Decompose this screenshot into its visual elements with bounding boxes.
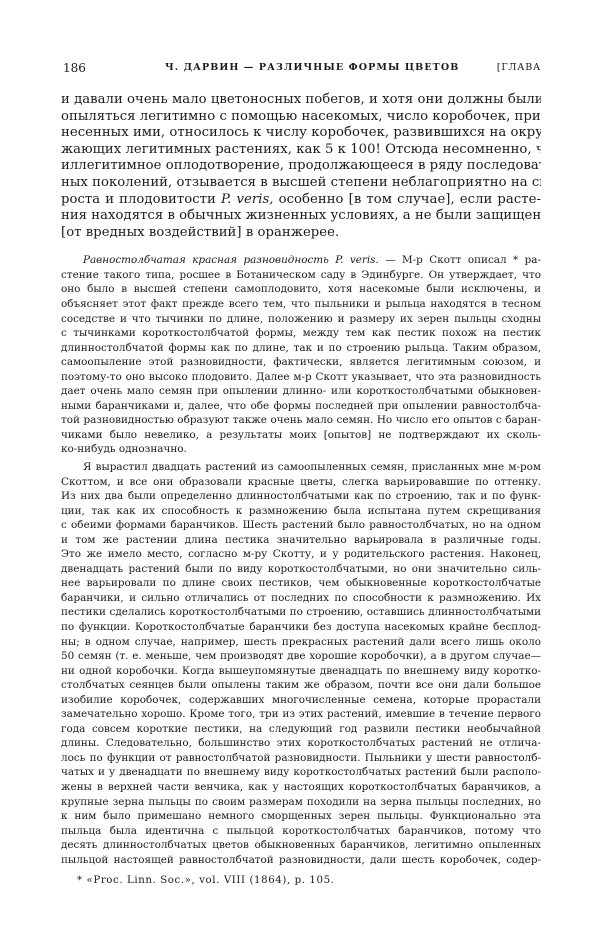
text-line: несенных ими, относилось к числу коробоч…	[61, 125, 541, 142]
running-head: 186 Ч. ДАРВИН — РАЗЛИЧНЫЕ ФОРМЫ ЦВЕТОВ […	[61, 60, 541, 76]
text-line: с обеими формами баранчиков. Шесть расте…	[61, 518, 541, 533]
text-line: ни одной коробочки. Когда вышеупомянутые…	[61, 664, 541, 679]
text-line: и том же растении длина пестика значител…	[61, 533, 541, 548]
text-line: длины. Следовательно, большинство этих к…	[61, 736, 541, 751]
text-line: той разновидностью образуют также очень …	[61, 413, 541, 428]
text-line: ными баранчиками и, далее, что обе формы…	[61, 399, 541, 414]
text-line: и давали очень мало цветоносных побегов,…	[61, 92, 541, 109]
text-line: опыляться легитимно с помощью насекомых,…	[61, 109, 541, 126]
chapter-marker: [ГЛАВА	[497, 60, 541, 76]
text-line: пыльца была идентична с пыльцой короткос…	[61, 824, 541, 839]
text-line: двенадцать растений были по виду коротко…	[61, 562, 541, 577]
text-line: иллегитимное оплодотворение, продолжающе…	[61, 158, 541, 175]
text-line: [от вредных воздействий] в оранжерее.	[61, 225, 541, 242]
text-line: ции, так как их способность к размножени…	[61, 504, 541, 519]
section-heading: Равностолбчатая красная разновидность P.…	[83, 254, 379, 266]
text-line: изобилие коробочек, содержавших многочис…	[61, 693, 541, 708]
text-fragment: — М-р Скотт описал * ра-	[379, 254, 541, 266]
text-line: десять длинностолбчатых цветов обыкновен…	[61, 838, 541, 853]
text-line: чиками было невелико, а результаты моих …	[61, 428, 541, 443]
text-fragment: роста и плодовитости	[61, 192, 221, 207]
text-line: жающих легитимных растениях, как 5 к 100…	[61, 142, 541, 159]
text-line: года совсем короткие пестики, на следующ…	[61, 722, 541, 737]
paragraph-experiments: Я вырастил двадцать растений из самоопыл…	[61, 460, 541, 867]
text-line: с тычинками короткостолбчатой формы, меж…	[61, 326, 541, 341]
text-line: к ним было примешано немного сморщенных …	[61, 809, 541, 824]
text-line: нее варьировали по длине своих пестиков,…	[61, 576, 541, 591]
text-line: Из них два были определенно длинностолбч…	[61, 489, 541, 504]
text-line: длинностолбчатой формы как по длине, так…	[61, 341, 541, 356]
text-line: объясняет этот факт прежде всего тем, чт…	[61, 297, 541, 312]
text-line: баранчики, и сильно отличались от послед…	[61, 591, 541, 606]
text-line: поэтому-то оно высоко плодовито. Далее м…	[61, 370, 541, 385]
text-line: пестики сделались короткостолбчатыми по …	[61, 605, 541, 620]
text-line: по функции. Короткостолбчатые баранчики …	[61, 620, 541, 635]
text-line-with-species: роста и плодовитости P. veris, особенно …	[61, 192, 541, 209]
book-page: 186 Ч. ДАРВИН — РАЗЛИЧНЫЕ ФОРМЫ ЦВЕТОВ […	[61, 60, 541, 888]
section-equistyled-variety: Равностолбчатая красная разновидность P.…	[61, 253, 541, 457]
text-line: ных поколений, отзывается в высшей степе…	[61, 175, 541, 192]
text-line: крупные зерна пыльцы по своим размерам п…	[61, 795, 541, 810]
text-line: стение такого типа, росшее в Ботаническо…	[61, 268, 541, 283]
text-line: замечательно хорошо. Кроме того, три из …	[61, 707, 541, 722]
text-line: пыльцой настоящей равностолбчатой разнов…	[61, 853, 541, 868]
footnote: * «Proc. Linn. Soc.», vol. VIII (1864), …	[61, 874, 541, 888]
text-fragment: особенно [в том случае], если расте-	[274, 192, 541, 207]
text-line: 50 семян (т. е. меньше, чем производят д…	[61, 649, 541, 664]
text-line: оно было в высшей степени самоплодовито,…	[61, 282, 541, 297]
text-line: дает очень мало семян при опылении длинн…	[61, 384, 541, 399]
text-line: Это же имело место, согласно м-ру Скотту…	[61, 547, 541, 562]
text-line: ны; в одном случае, например, шесть прек…	[61, 635, 541, 650]
text-line: столбчатых сеянцев были опылены таким же…	[61, 678, 541, 693]
running-title: Ч. ДАРВИН — РАЗЛИЧНЫЕ ФОРМЫ ЦВЕТОВ	[165, 60, 459, 76]
text-line: самоопыление этой разновидности, фактиче…	[61, 355, 541, 370]
text-line: ко-нибудь однозначно.	[61, 442, 541, 457]
text-line: лось по функции от равностолбчатой разно…	[61, 751, 541, 766]
text-line: соседстве и что тычинки по длине, положе…	[61, 312, 541, 327]
species-name: P. veris,	[221, 192, 274, 207]
text-line: Скоттом, и все они образовали красные цв…	[61, 475, 541, 490]
section-heading-line: Равностолбчатая красная разновидность P.…	[61, 253, 541, 268]
text-line: ния находятся в обычных жизненных услови…	[61, 208, 541, 225]
text-line: жены в верхней части венчика, как у наст…	[61, 780, 541, 795]
page-number: 186	[63, 60, 86, 76]
text-line: чатых и у двенадцати по внешнему виду ко…	[61, 765, 541, 780]
text-line: Я вырастил двадцать растений из самоопыл…	[61, 460, 541, 475]
paragraph-continuation: и давали очень мало цветоносных побегов,…	[61, 92, 541, 241]
